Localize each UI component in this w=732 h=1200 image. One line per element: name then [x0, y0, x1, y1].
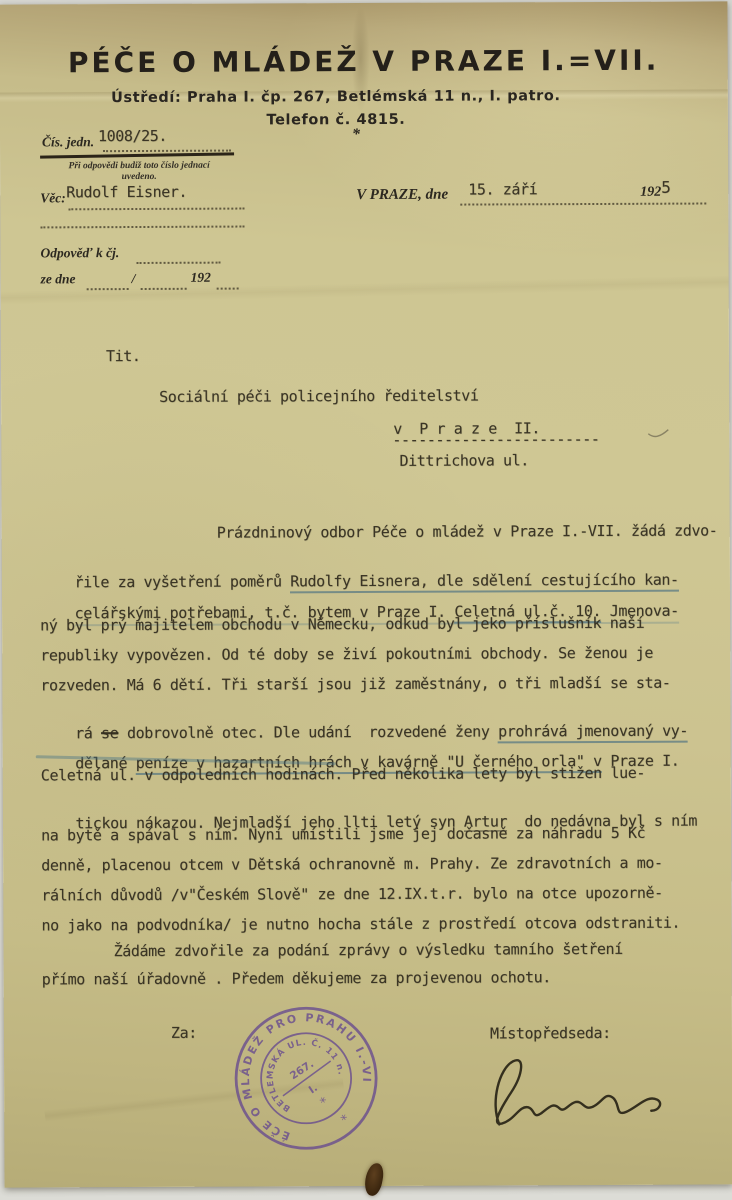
file-number-rule: [40, 152, 234, 158]
letterhead-title: PÉČE O MLÁDEŽ V PRAZE I.=VII.: [38, 44, 690, 80]
body-line: na bytě a spával s ním. Nyní umístili js…: [41, 824, 645, 845]
body-line: no jako na podvodníka/ je nutno hocha st…: [41, 914, 680, 935]
from-date-year: 192: [191, 270, 211, 286]
body-line: ný byl prý majitelem obchodu v Německu, …: [40, 614, 644, 635]
year-printed: 192: [640, 185, 661, 201]
body-line: rálních důvodů /v"Českém Slově" ze dne 1…: [41, 884, 662, 905]
signature: [472, 1042, 682, 1138]
stamp-asterisk-outer: *: [339, 1112, 353, 1128]
bottom-dark-blob: [363, 1162, 385, 1197]
body-line: Celetná ul. v odpoledních hodinách. Před…: [41, 764, 645, 785]
from-date-leader2: [141, 274, 187, 290]
letterhead-address-line: Ústředí: Praha I. čp. 267, Betlémská 11 …: [0, 88, 672, 107]
stamp-asterisk-inner: *: [318, 1094, 332, 1110]
rubber-stamp: PÉČE O MLÁDEŽ PRO PRAHU I.-VII. BETLEMSK…: [181, 954, 430, 1200]
photo-of-letter: { "letterhead": { "title": "PÉČE O MLÁDE…: [0, 0, 732, 1200]
reply-note-line2: uvedeno.: [40, 172, 238, 183]
place-date-label: V PRAZE, dne: [356, 187, 448, 204]
body-line: rozveden. Má 6 dětí. Tři starší jsou již…: [40, 674, 670, 695]
letter-paper: PÉČE O MLÁDEŽ V PRAZE I.=VII. Ústředí: P…: [0, 1, 732, 1187]
salutation: Tit.: [106, 347, 141, 365]
recipient-underline: ------------------------: [392, 430, 599, 449]
reply-to-leader: [136, 248, 220, 264]
recipient-line1: Sociální péči policejního ředitelství: [159, 387, 478, 406]
from-date-leader1: [87, 274, 129, 290]
year-typed: 5: [661, 178, 670, 197]
date-typed: 15. září: [468, 180, 537, 198]
subject-value: Rudolf Eisner.: [66, 183, 187, 202]
file-number-label: Čís. jedn.: [42, 134, 94, 150]
subject-label: Věc:: [40, 190, 66, 206]
recipient-line3: Dittrichova ul.: [399, 451, 529, 470]
body-line: denně, placenou otcem v Dětská ochranovn…: [41, 854, 662, 875]
body-line: Žádáme zdvořile za podání zprávy o výsle…: [114, 940, 623, 960]
blank-dotted-row: [40, 212, 244, 229]
stamp-district: I.: [307, 1082, 320, 1096]
stamp-number: 267.: [288, 1058, 316, 1082]
from-date-leader3: [217, 274, 239, 290]
reply-note-line1: Při odpovědi budiž toto číslo jednací: [40, 161, 238, 172]
vice-chairman-label: Místopředseda:: [490, 1024, 611, 1043]
from-date-slash: /: [132, 271, 136, 287]
body-line: republiky vypovězen. Od té doby se živí …: [40, 644, 653, 665]
pen-checkmark: [646, 426, 674, 442]
file-number-value: 1008/25.: [98, 127, 167, 145]
za-label: Za:: [171, 1024, 197, 1042]
reply-to-label: Odpověď k čj.: [40, 245, 119, 261]
letterhead-star: *: [352, 126, 360, 144]
body-line: Prázdninový odbor Péče o mládež v Praze …: [217, 521, 718, 541]
from-date-label: ze dne: [41, 271, 76, 287]
